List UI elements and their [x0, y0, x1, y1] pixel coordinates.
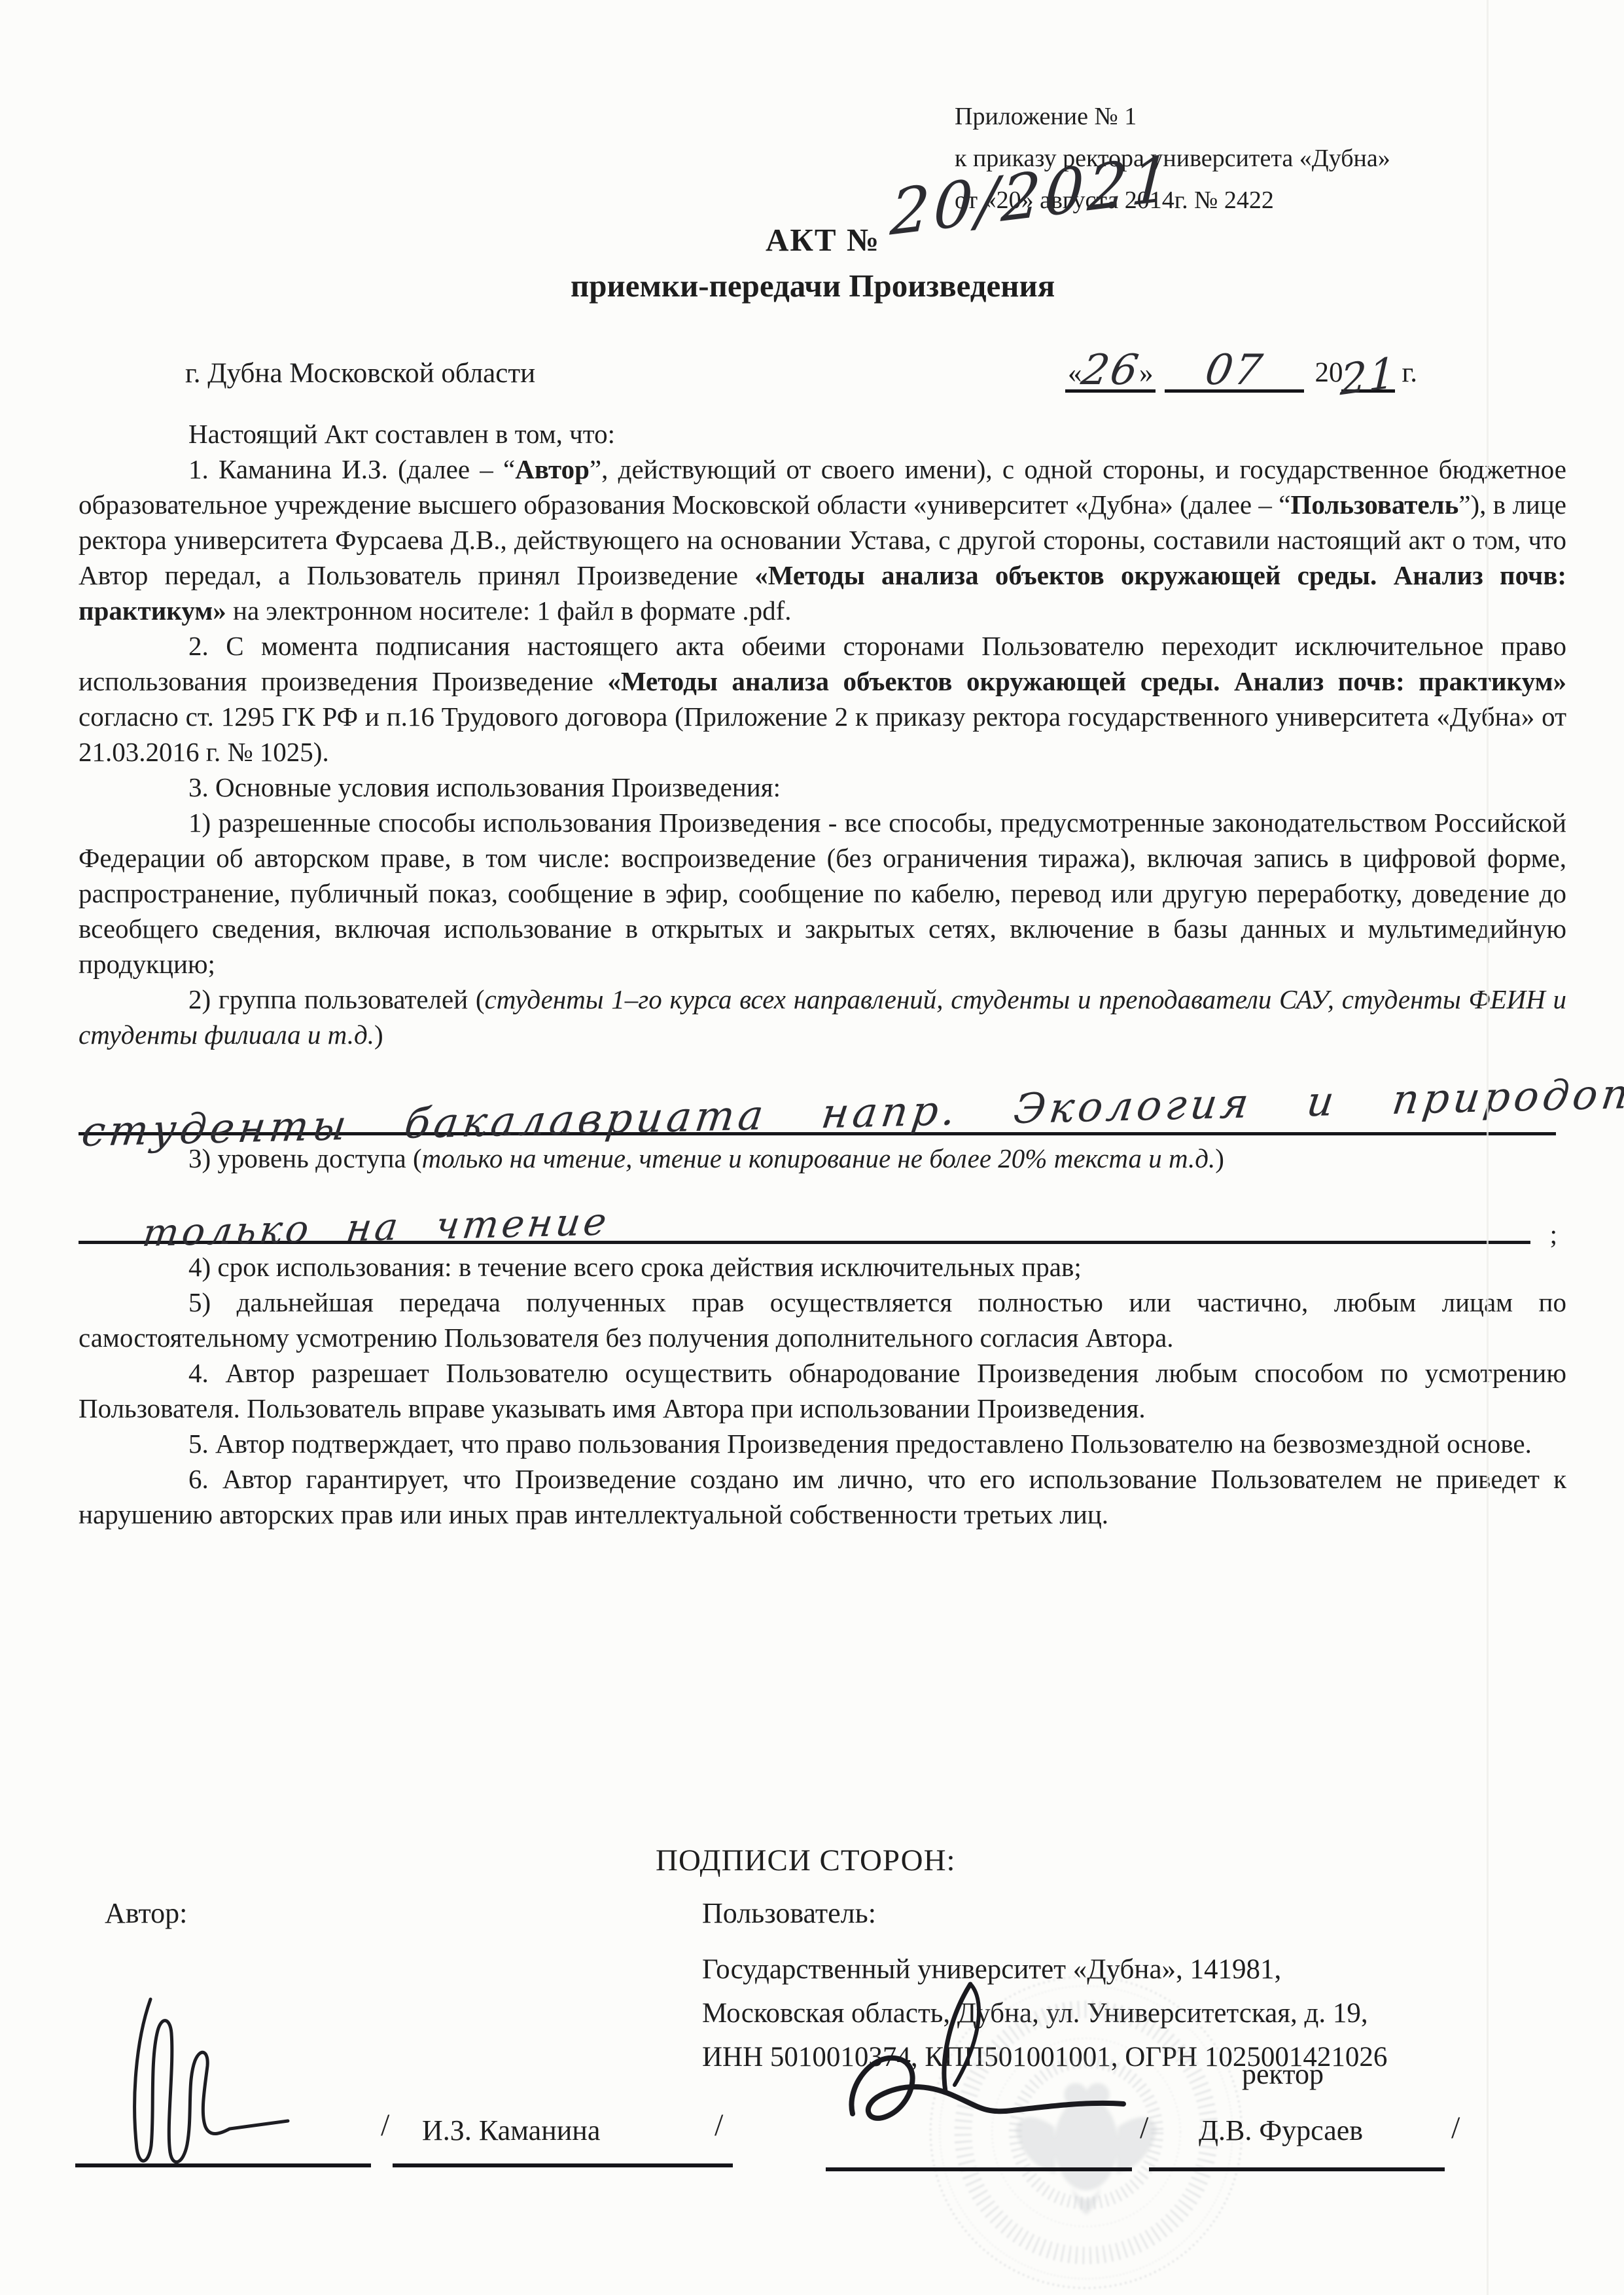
text-run: на электронном носителе: 1 файл в формат…	[226, 596, 792, 626]
document-city: г. Дубна Московской области	[185, 357, 535, 389]
rector-signature-icon	[815, 1975, 1161, 2171]
body-paragraph: 2. С момента подписания настоящего акта …	[79, 628, 1566, 770]
text-run: 4. Автор разрешает Пользователю осуществ…	[79, 1358, 1566, 1423]
body-paragraph: 5) дальнейшая передача полученных прав о…	[79, 1285, 1566, 1355]
handwritten-fill-line: студенты бакалавриата напр. Экология и п…	[79, 1052, 1566, 1141]
signature-line	[75, 2163, 371, 2167]
text-run: 1) разрешенные способы использования Про…	[79, 808, 1566, 979]
date-month-segment: 07	[1165, 351, 1304, 393]
text-run: 5) дальнейшая передача полученных прав о…	[79, 1287, 1566, 1353]
text-run: только на чтение, чтение и копирование н…	[422, 1143, 1216, 1173]
text-run: Автор	[515, 454, 590, 484]
separator-slash: /	[381, 2107, 389, 2143]
body-paragraph: Настоящий Акт составлен в том, что:	[79, 416, 1566, 452]
quote-close: »	[1139, 357, 1154, 389]
text-run: «Методы анализа объектов окружающей сред…	[607, 666, 1566, 696]
author-name: И.З. Каманина	[422, 2114, 600, 2147]
body-paragraph: 1. Каманина И.З. (далее – “Автор”, дейст…	[79, 452, 1566, 628]
text-run: 2) группа пользователей (	[188, 984, 485, 1014]
date-year-segment: 21	[1341, 358, 1395, 393]
handwritten-text: только на чтение	[141, 1203, 612, 1251]
user-name: Д.В. Фурсаев	[1199, 2114, 1363, 2147]
scanned-document-page: Приложение № 1 к приказу ректора универс…	[0, 0, 1624, 2295]
separator-slash: /	[1140, 2110, 1148, 2146]
printed-suffix: ;	[1550, 1217, 1557, 1252]
handwritten-text: студенты бакалавриата напр. Экология и п…	[80, 1074, 1624, 1150]
text-run: 5. Автор подтверждает, что право пользов…	[188, 1429, 1532, 1459]
text-run: )	[374, 1020, 383, 1050]
signature-line	[393, 2163, 733, 2167]
scan-streak	[1487, 0, 1489, 2295]
act-subtitle: приемки-передачи Произведения	[571, 267, 1055, 304]
author-signature-icon	[88, 1986, 376, 2176]
body-paragraph: 5. Автор подтверждает, что право пользов…	[79, 1426, 1566, 1461]
date-month-handwritten: 07	[1203, 351, 1267, 389]
separator-slash: /	[1451, 2110, 1460, 2146]
date-day-handwritten: 26	[1078, 351, 1142, 389]
date-year-handwritten: 21	[1339, 353, 1398, 400]
text-run: )	[1215, 1143, 1224, 1173]
text-run: 4) срок использования: в течение всего с…	[188, 1252, 1082, 1282]
date-line: «26» 07 20 21 г.	[1065, 327, 1417, 393]
user-position: ректор	[1242, 2057, 1324, 2091]
signature-line	[826, 2167, 1132, 2171]
text-run: 1. Каманина И.З. (далее – “	[188, 454, 515, 484]
separator-slash: /	[715, 2107, 723, 2143]
body-paragraph: 6. Автор гарантирует, что Произведение с…	[79, 1461, 1566, 1532]
user-label: Пользователь:	[702, 1896, 876, 1930]
date-day-segment: «26»	[1065, 351, 1156, 393]
text-run: согласно ст. 1295 ГК РФ и п.16 Трудового…	[79, 702, 1566, 767]
author-label: Автор:	[105, 1896, 187, 1930]
body-paragraph: 4) срок использования: в течение всего с…	[79, 1249, 1566, 1285]
signature-line	[1149, 2167, 1445, 2171]
body-paragraph: 4. Автор разрешает Пользователю осуществ…	[79, 1355, 1566, 1426]
text-run: Настоящий Акт составлен в том, что:	[188, 419, 615, 449]
date-century-printed: 20	[1315, 353, 1343, 393]
appendix-line: Приложение № 1	[955, 96, 1390, 137]
body-paragraph: 3. Основные условия использования Произв…	[79, 770, 1566, 805]
date-year-suffix: г.	[1402, 353, 1417, 393]
body-paragraph: 2) группа пользователей (студенты 1–го к…	[79, 982, 1566, 1052]
text-run: 3. Основные условия использования Произв…	[188, 772, 781, 802]
body-paragraph: 1) разрешенные способы использования Про…	[79, 805, 1566, 982]
text-run: Пользователь	[1290, 489, 1458, 520]
signatures-heading: ПОДПИСИ СТОРОН:	[656, 1843, 956, 1878]
document-body: Настоящий Акт составлен в том, что:1. Ка…	[79, 416, 1566, 1532]
act-title-label: АКТ №	[766, 221, 880, 258]
text-run: 6. Автор гарантирует, что Произведение с…	[79, 1464, 1566, 1529]
handwritten-fill-line: только на чтение;	[79, 1176, 1566, 1249]
